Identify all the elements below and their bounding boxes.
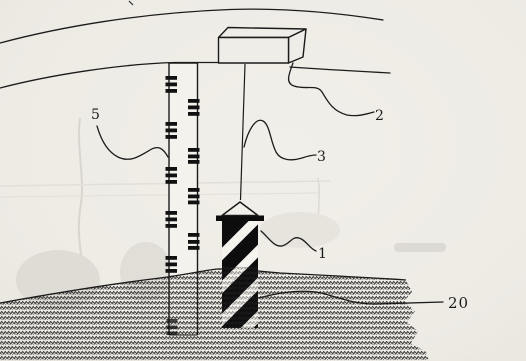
stake-cone-tip — [222, 202, 258, 216]
box — [219, 28, 307, 64]
stake-flange — [216, 216, 264, 222]
label-staff: 5 — [91, 107, 100, 123]
box-front-face — [219, 38, 289, 64]
label-ground: 20 — [448, 294, 469, 312]
plumb-line — [241, 64, 246, 200]
leader-3 — [244, 120, 316, 160]
technical-drawing: 5 2 3 1 20 — [0, 0, 526, 361]
stake-buried-texture — [222, 267, 258, 328]
staff-base-marks — [167, 319, 178, 335]
patent-figure-page: 5 2 3 1 20 — [0, 0, 526, 361]
upper-contour-line — [0, 9, 383, 43]
label-stake: 1 — [318, 246, 327, 262]
lower-contour-line-right — [290, 67, 390, 73]
label-box: 2 — [375, 108, 384, 124]
label-plumb-line: 3 — [317, 149, 326, 165]
leader-5 — [97, 126, 168, 159]
